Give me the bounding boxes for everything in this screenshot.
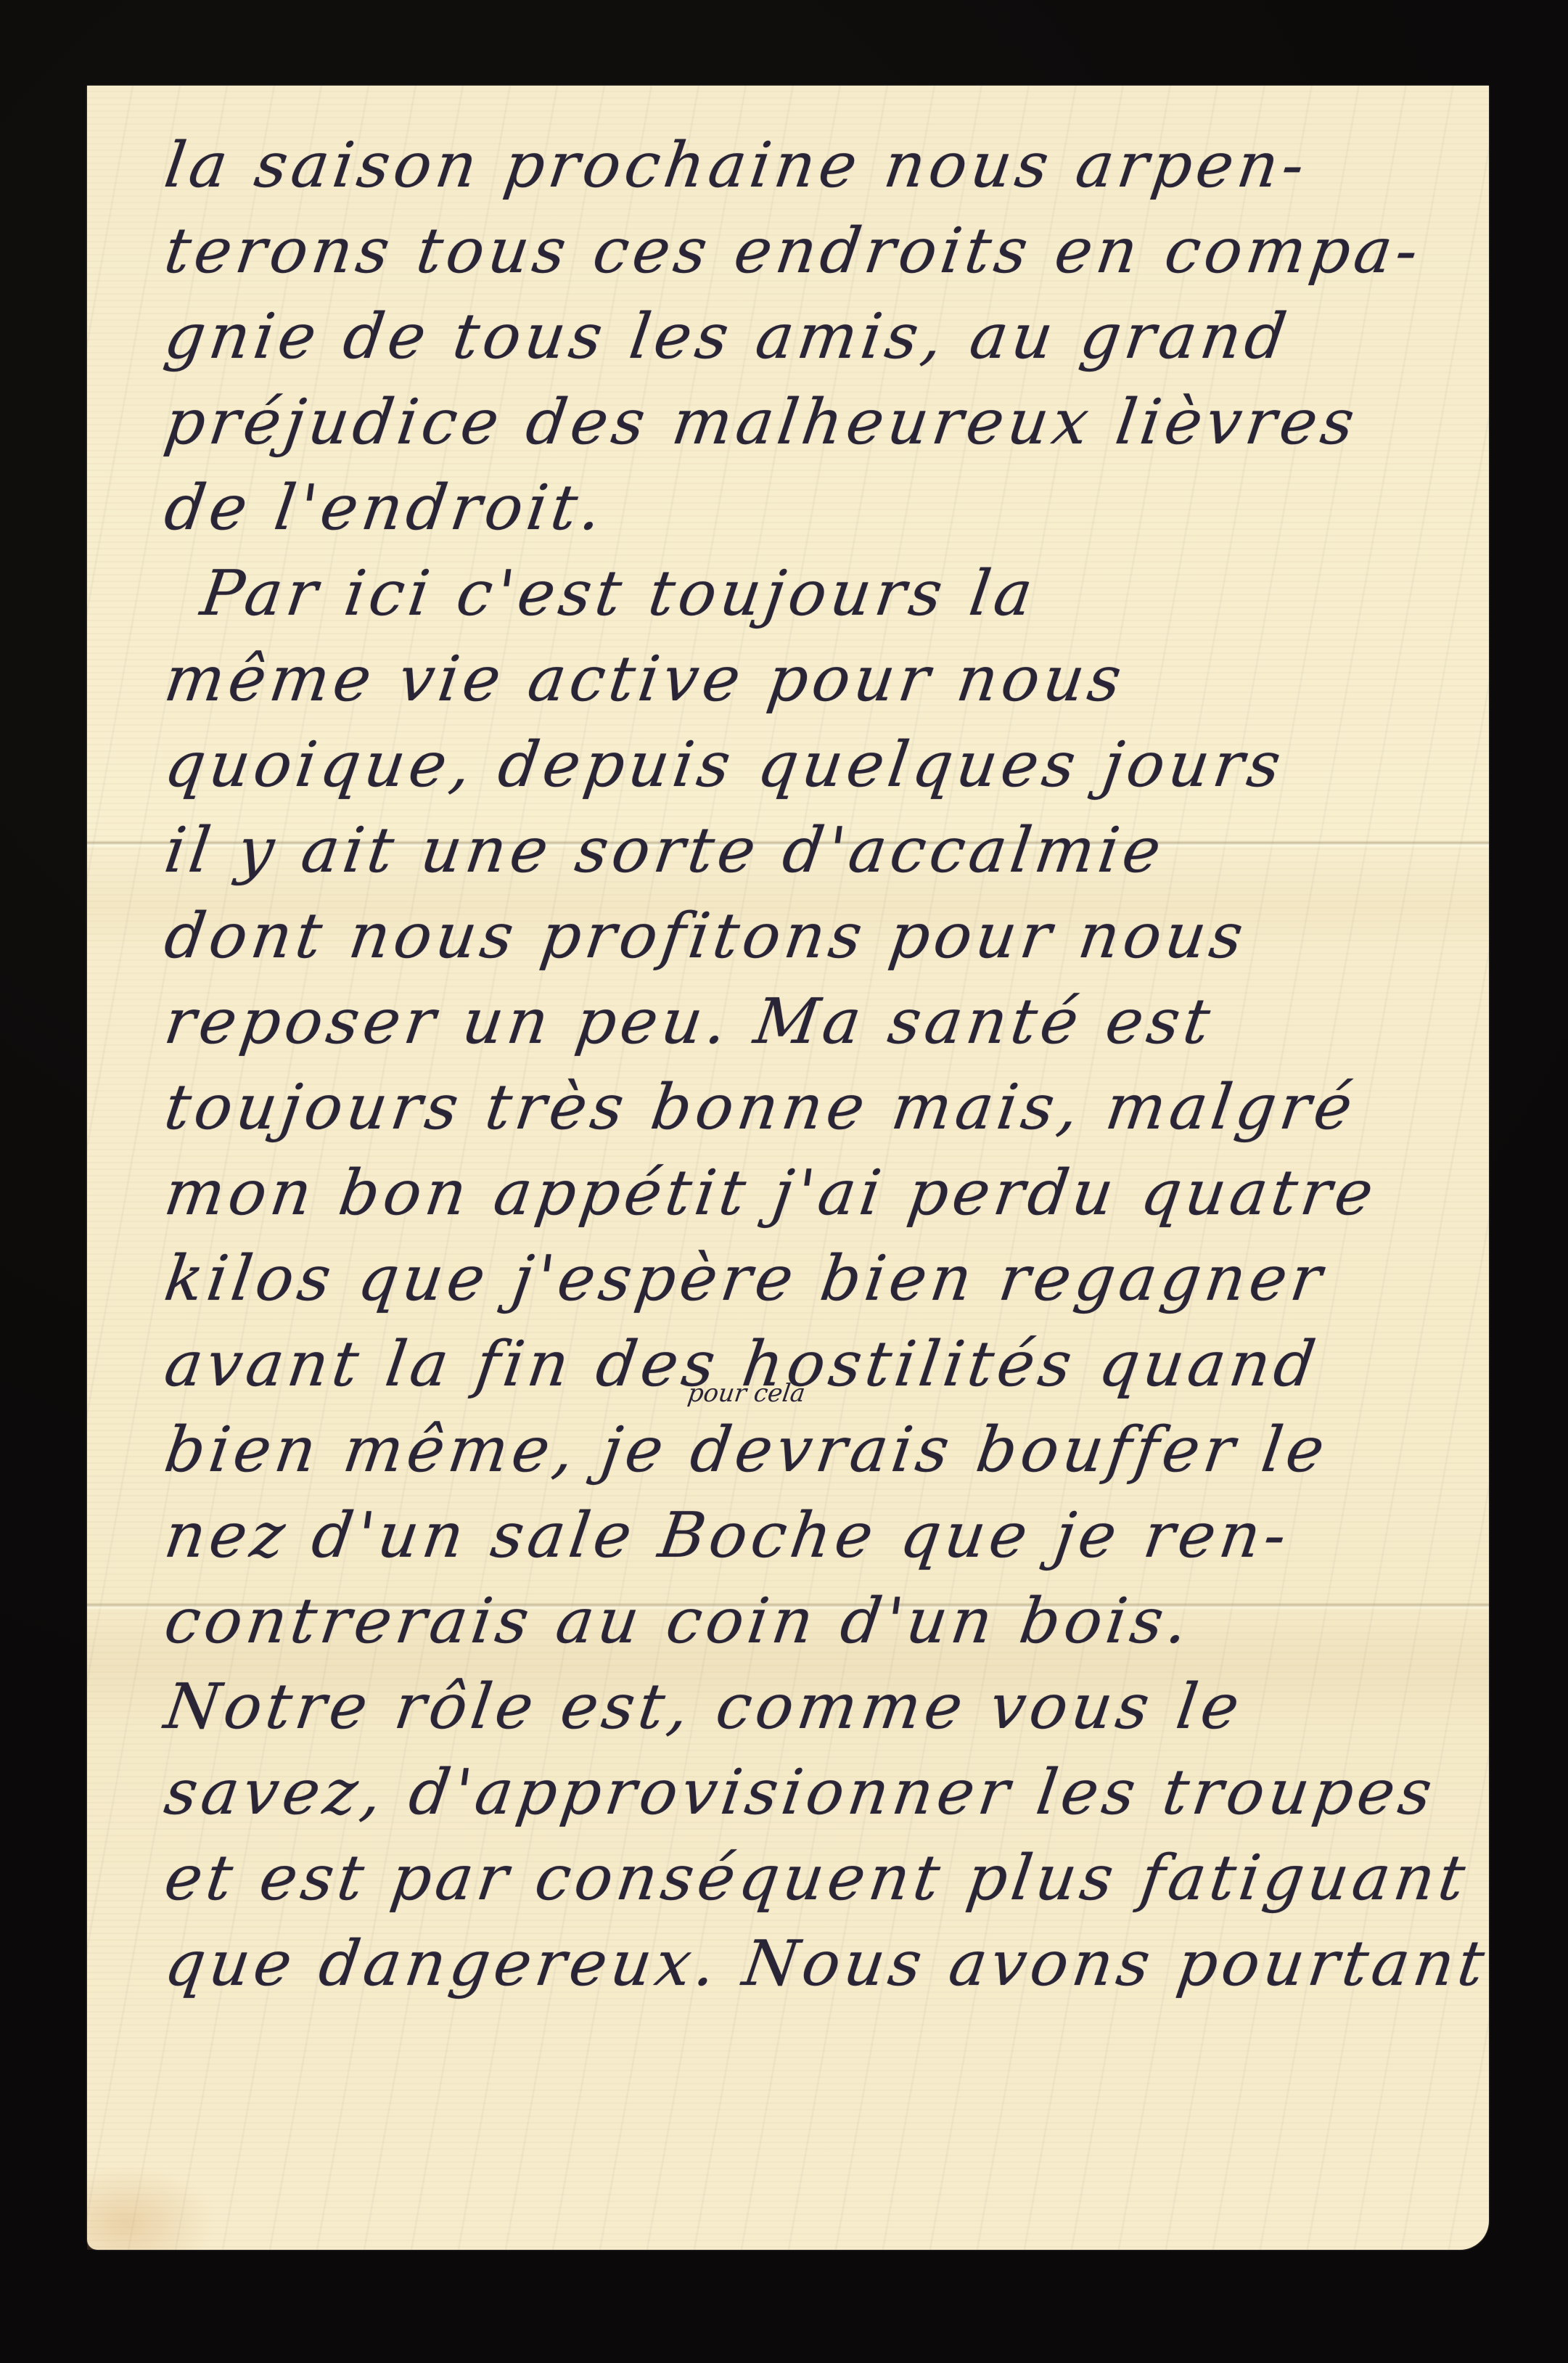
text-line: la saison prochaine nous arpen- [160,129,1313,202]
text-line: de l'endroit. [160,472,610,544]
text-line: préjudice des malheureux lièvres [160,386,1363,459]
letter-page: la saison prochaine nous arpen- terons t… [87,86,1489,2250]
text-line: gnie de tous les amis, au grand [160,300,1295,373]
text-line: et est par conséquent plus fatiguant [160,1842,1474,1914]
text-line: contrerais au coin d'un bois. [160,1585,1196,1658]
paper-stain [87,2163,218,2250]
text-line: savez, d'approvisionner les troupes [160,1756,1440,1829]
interlinear-insertion: pour cela [686,1379,807,1408]
text-line: kilos que j'espère bien regagner [160,1242,1331,1315]
text-line: toujours très bonne mais, malgré [160,1071,1361,1144]
text-line: bien même, je devrais bouffer le [160,1414,1333,1486]
text-line: il y ait une sorte d'accalmie [160,814,1170,887]
text-line: quoique, depuis quelques jours [160,729,1289,801]
text-line: même vie active pour nous [160,643,1130,716]
text-line: dont nous profitons pour nous [160,900,1252,972]
text-line: reposer un peu. Ma santé est [160,986,1218,1058]
paragraph-start-line: Notre rôle est, comme vous le [160,1671,1248,1743]
text-line: nez d'un sale Boche que je ren- [160,1499,1295,1572]
paragraph-start-line: Par ici c'est toujours la [197,557,1041,630]
text-line: mon bon appétit j'ai perdu quatre [160,1157,1382,1229]
text-line: que dangereux. Nous avons pourtant [160,1928,1493,2000]
text-line: terons tous ces endroits en compa- [160,215,1427,287]
